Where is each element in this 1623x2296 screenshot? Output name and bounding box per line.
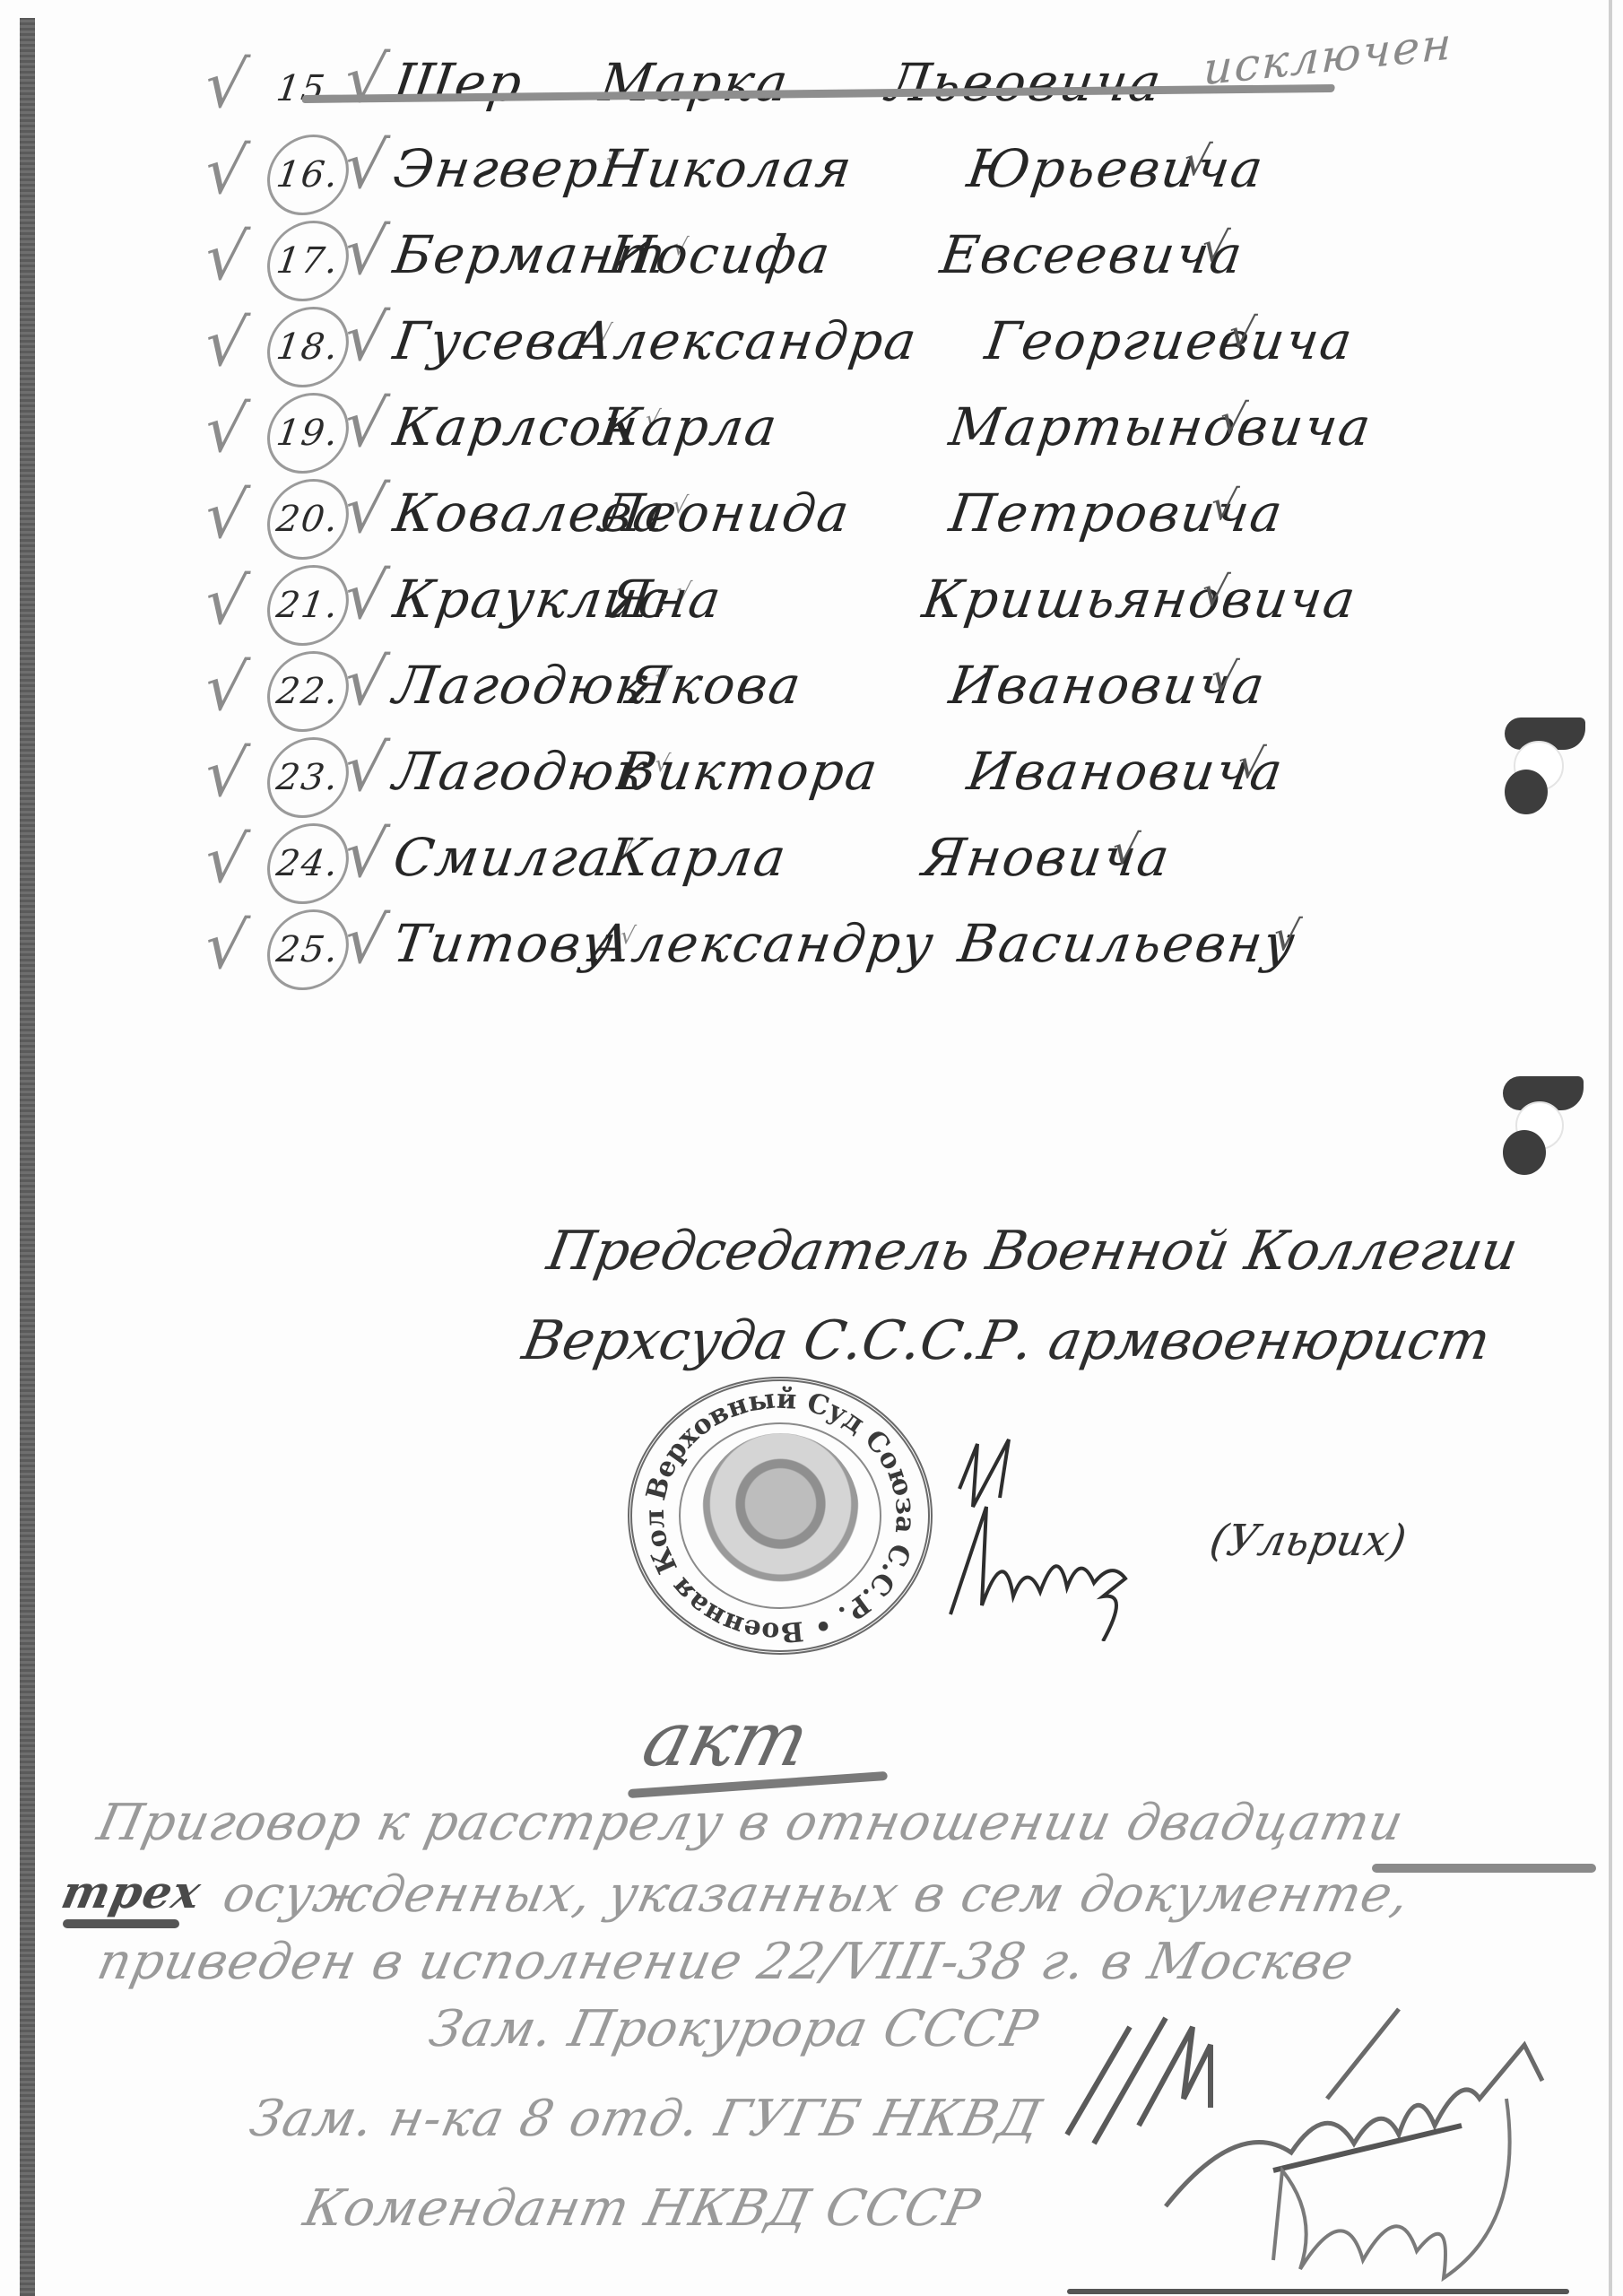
- list-item: √18.√Гусева√АлександраГеоргиевича√: [173, 294, 1485, 380]
- patronymic: Васильевну: [955, 913, 1300, 974]
- list-number: 18.: [262, 307, 354, 387]
- page-right-edge: [1609, 0, 1612, 2296]
- list-number: 17.: [262, 221, 354, 301]
- list-item: √21.√Крауклис√ЯнаКришьяновича√: [173, 552, 1485, 639]
- list-number: 25.: [262, 909, 354, 990]
- given-name: Иосифа: [605, 224, 836, 285]
- list-item: √20.√Ковалева√ЛеонидаПетровича√: [173, 466, 1485, 552]
- patronymic: Кришьяновича: [919, 569, 1361, 630]
- check-mark-icon: √: [200, 908, 254, 983]
- list-number: 24.: [262, 823, 354, 904]
- list-number: 23.: [262, 737, 354, 818]
- patronymic: Юрьевича: [964, 138, 1269, 199]
- check-mark-icon: √: [200, 649, 254, 725]
- scan-smudge: [1067, 2289, 1569, 2294]
- underline-margin-word: [63, 1919, 179, 1928]
- punch-hole-bottom: [1503, 1130, 1546, 1175]
- list-item: √17.√Бермант√ИосифаЕвсеевича√: [173, 208, 1485, 294]
- check-mark-icon: √: [340, 558, 394, 633]
- scanned-page: √15.√ШерМаркаЛьвовичаисключен√16.√Энгвер…: [0, 0, 1623, 2296]
- patronymic: Георгиевича: [982, 310, 1358, 371]
- list-item: √24.√Смилга√КарлаЯновича√: [173, 811, 1485, 897]
- list-item: √19.√Карлсон√КарлаМартыновича√: [173, 380, 1485, 466]
- list-number: 20.: [262, 479, 354, 560]
- check-mark-icon: √: [340, 644, 394, 719]
- list-item: √23.√Лагодюк√ВиктораИвановича√: [173, 725, 1485, 811]
- surname: Энгвер√: [390, 138, 626, 199]
- act-line-5: Зам. н-ка 8 отд. ГУГБ НКВД: [245, 2090, 1046, 2148]
- given-name: Якова: [623, 655, 806, 716]
- act-margin-word: трех: [57, 1865, 206, 1918]
- list-number: 19.: [262, 393, 354, 474]
- scan-edge-bar: [20, 18, 35, 2296]
- check-mark-icon: √: [340, 816, 394, 891]
- surname: Шер: [390, 52, 527, 113]
- list-number: 16.: [262, 135, 354, 215]
- given-name: Яна: [605, 569, 726, 630]
- surname: Смилга√: [390, 827, 638, 888]
- patronymic: Львовича: [883, 52, 1167, 113]
- chairman-signature: [924, 1435, 1175, 1641]
- check-mark-icon: √: [340, 300, 394, 375]
- chairman-title-line1: Председатель Военной Коллегии: [538, 1220, 1505, 1309]
- act-signatures: [1058, 1991, 1596, 2287]
- given-name: Александру: [587, 913, 939, 974]
- list-item: √15.√ШерМаркаЛьвовичаисключен: [173, 36, 1485, 122]
- given-name: Леонида: [596, 483, 855, 544]
- list-item: √25.√Титову√АлександруВасильевну√: [173, 897, 1485, 983]
- check-mark-icon: √: [340, 902, 394, 978]
- check-mark-icon: √: [200, 735, 254, 811]
- act-title: акт: [635, 1695, 818, 1783]
- check-mark-icon: √: [340, 472, 394, 547]
- check-mark-icon: √: [340, 730, 394, 805]
- seal-ring-text: Верховный Суд Союза С.С.Р. • Военная Кол…: [632, 1381, 928, 1650]
- given-name: Карла: [596, 396, 783, 457]
- check-mark-icon: √: [200, 219, 254, 294]
- check-mark-icon: √: [1271, 911, 1306, 960]
- check-mark-icon: √: [200, 563, 254, 639]
- act-line-2: осужденных, указанных в сем документе,: [218, 1865, 1415, 1924]
- given-name: Виктора: [614, 741, 883, 802]
- check-mark-icon: √: [200, 477, 254, 552]
- signer-name: (Ульрих): [1206, 1516, 1410, 1566]
- given-name: Николая: [596, 138, 857, 199]
- list-number: 15.: [262, 48, 354, 129]
- check-mark-icon: √: [340, 41, 394, 117]
- check-mark-icon: √: [340, 386, 394, 461]
- act-line-1: Приговор к расстрелу в отношении двадцат…: [92, 1794, 1409, 1852]
- signature-block: Председатель Военной Коллегии Верхсуда С…: [522, 1220, 1504, 1399]
- act-line-6: Комендант НКВД СССР: [299, 2179, 985, 2238]
- check-mark-icon: √: [200, 133, 254, 208]
- punch-hole-top: [1505, 770, 1548, 814]
- check-mark-icon: √: [340, 213, 394, 289]
- check-mark-icon: √: [200, 391, 254, 466]
- check-mark-icon: √: [200, 47, 254, 122]
- given-name: Карла: [605, 827, 792, 888]
- given-name: Александра: [569, 310, 922, 371]
- act-line-4: Зам. Прокурора СССР: [424, 2000, 1043, 2058]
- given-name: Марка: [596, 52, 794, 113]
- list-number: 21.: [262, 565, 354, 646]
- list-item: √16.√Энгвер√НиколаяЮрьевича√: [173, 122, 1485, 208]
- patronymic: Мартыновича: [946, 396, 1376, 457]
- court-seal: Верховный Суд Союза С.С.Р. • Военная Кол…: [628, 1377, 933, 1655]
- name-list: √15.√ШерМаркаЛьвовичаисключен√16.√Энгвер…: [179, 36, 1480, 983]
- act-line-3: приведен в исполнение 22/VIII-38 г. в Мо…: [92, 1933, 1359, 1991]
- check-mark-icon: √: [340, 127, 394, 203]
- list-item: √22.√Лагодюк√ЯковаИвановича√: [173, 639, 1485, 725]
- check-mark-icon: √: [200, 822, 254, 897]
- check-mark-icon: √: [200, 305, 254, 380]
- list-number: 22.: [262, 651, 354, 732]
